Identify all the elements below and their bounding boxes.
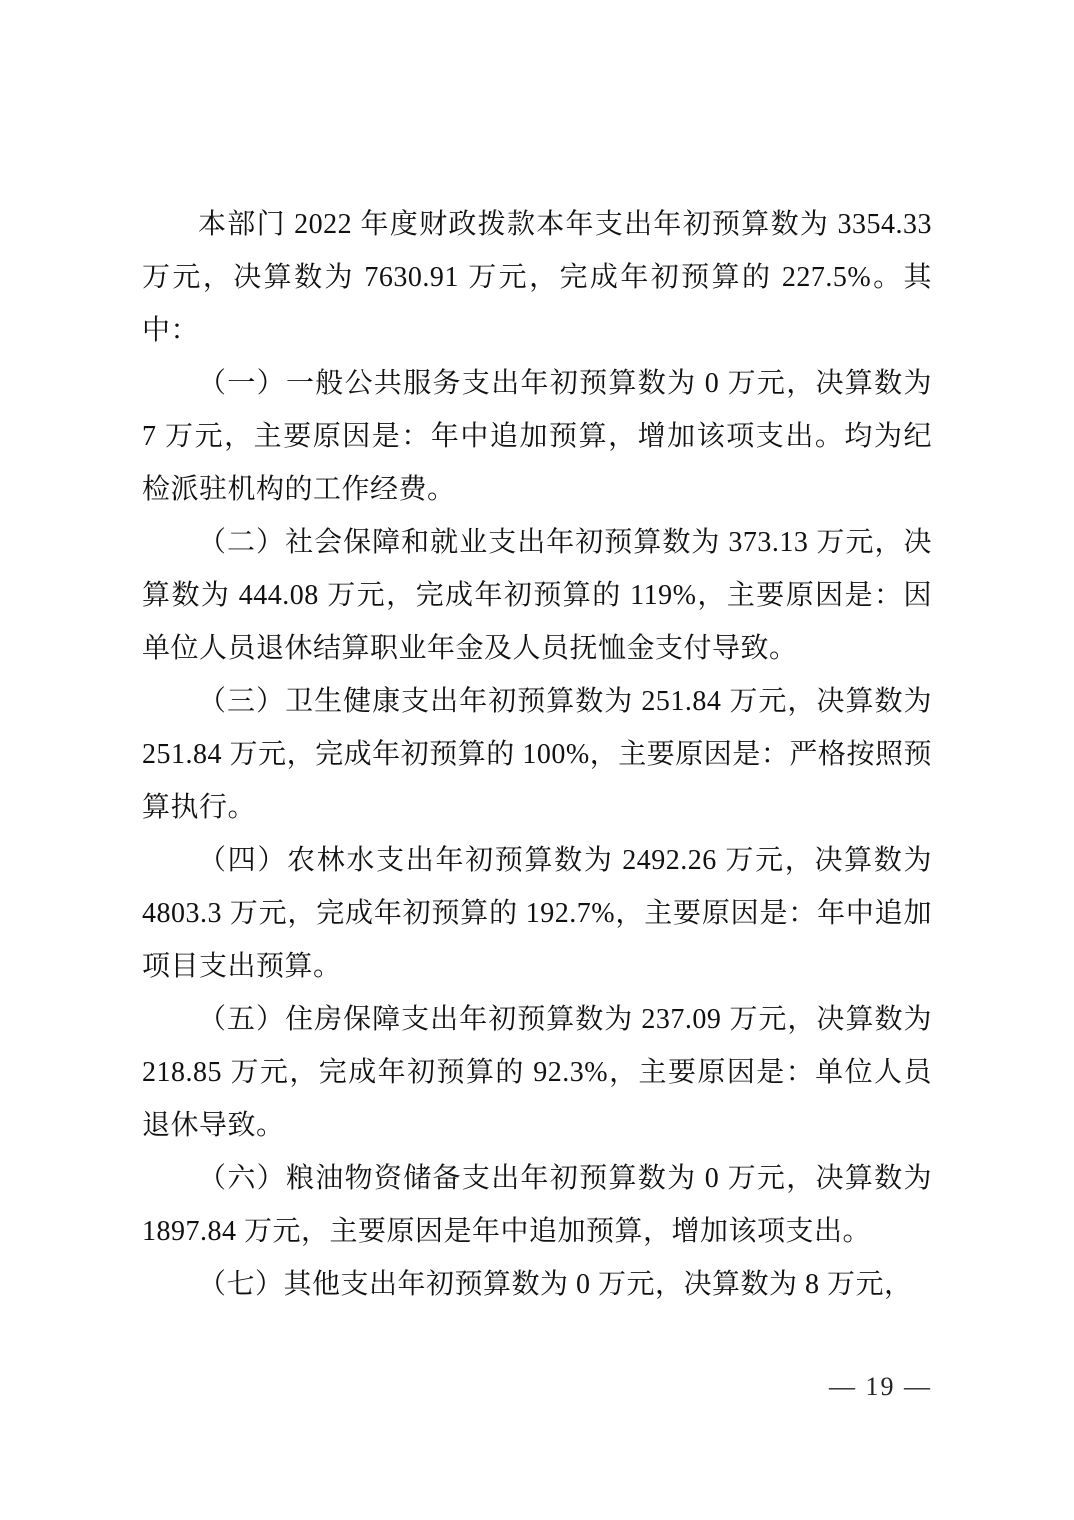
paragraph-item-3: （三）卫生健康支出年初预算数为 251.84 万元，决算数为 251.84 万元… — [142, 675, 932, 834]
paragraph-overview: 本部门 2022 年度财政拨款本年支出年初预算数为 3354.33 万元，决算数… — [142, 198, 932, 357]
page-number: — 19 — — [829, 1372, 932, 1401]
document-page: 本部门 2022 年度财政拨款本年支出年初预算数为 3354.33 万元，决算数… — [0, 0, 1074, 1520]
paragraph-item-1: （一）一般公共服务支出年初预算数为 0 万元，决算数为 7 万元，主要原因是：年… — [142, 357, 932, 516]
paragraph-item-5: （五）住房保障支出年初预算数为 237.09 万元，决算数为 218.85 万元… — [142, 993, 932, 1152]
document-body: 本部门 2022 年度财政拨款本年支出年初预算数为 3354.33 万元，决算数… — [142, 198, 932, 1311]
paragraph-item-4: （四）农林水支出年初预算数为 2492.26 万元，决算数为 4803.3 万元… — [142, 834, 932, 993]
paragraph-item-6: （六）粮油物资储备支出年初预算数为 0 万元，决算数为 1897.84 万元，主… — [142, 1152, 932, 1258]
paragraph-item-2: （二）社会保障和就业支出年初预算数为 373.13 万元，决算数为 444.08… — [142, 516, 932, 675]
page-footer: — 19 — — [142, 1372, 932, 1402]
paragraph-item-7: （七）其他支出年初预算数为 0 万元，决算数为 8 万元， — [142, 1258, 932, 1311]
